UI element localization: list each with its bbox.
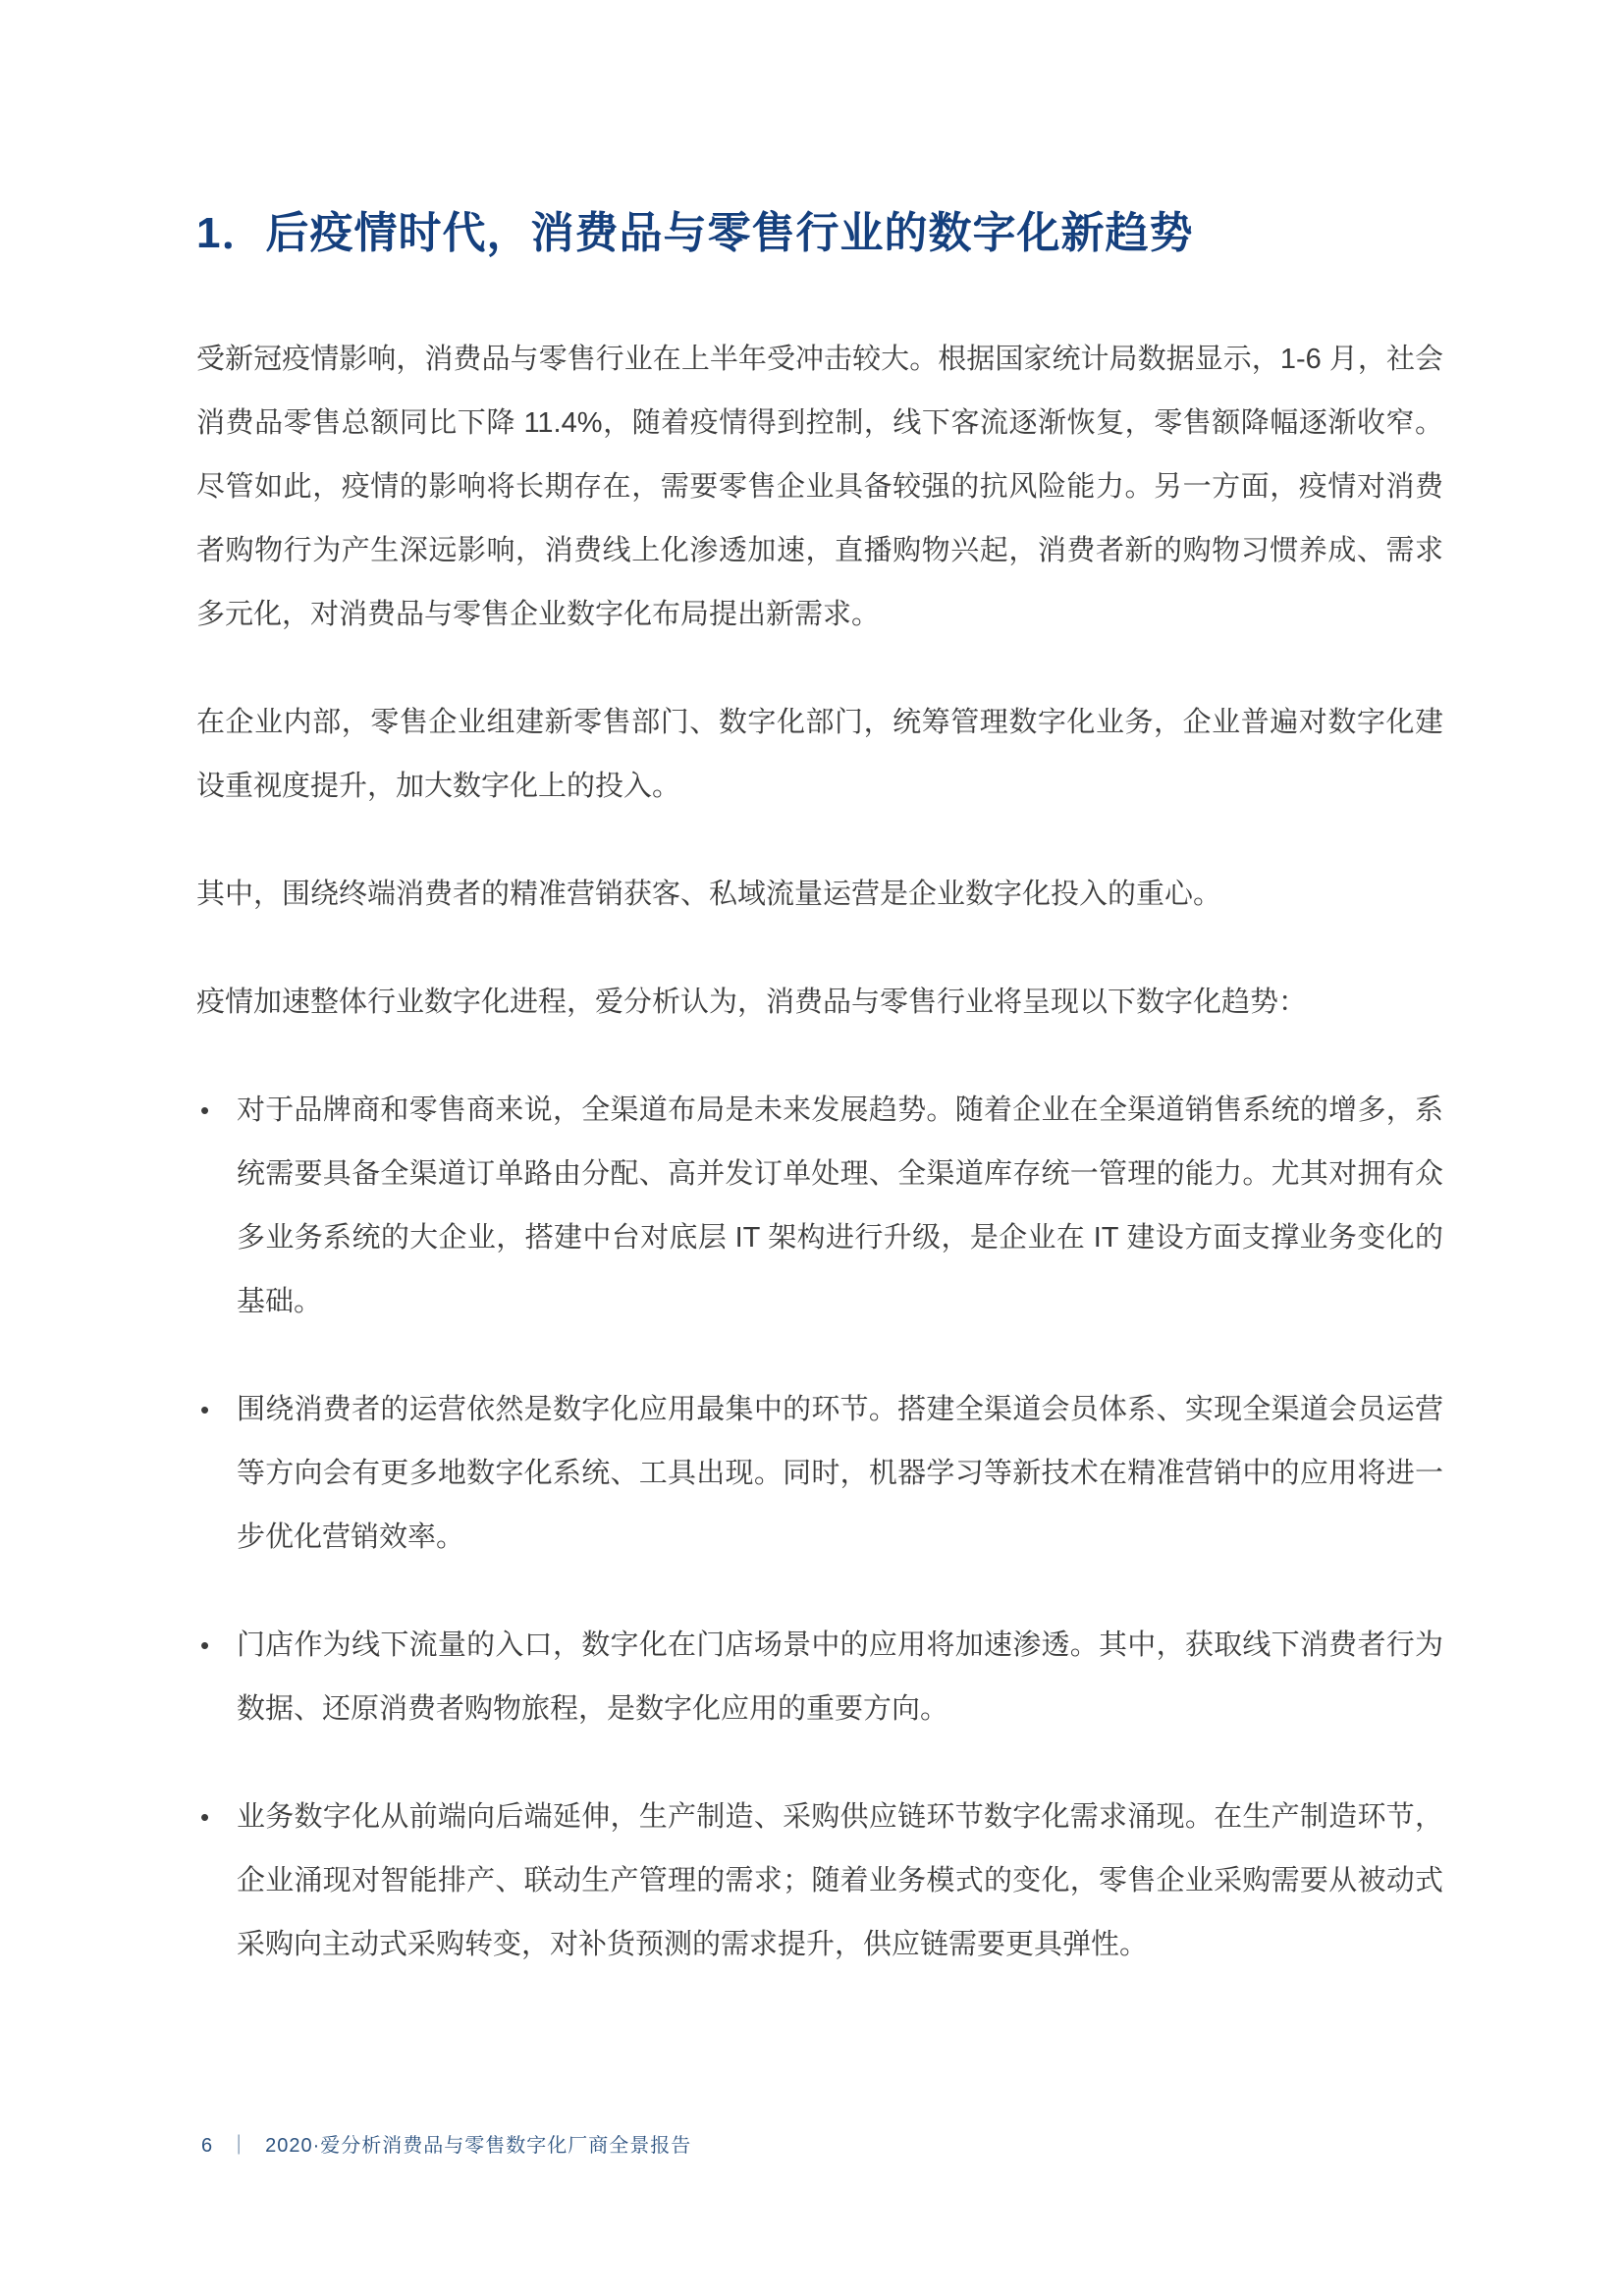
page-number: 6: [201, 2132, 213, 2160]
page-content: 1．后疫情时代，消费品与零售行业的数字化新趋势 受新冠疫情影响，消费品与零售行业…: [196, 206, 1443, 2021]
report-page: 1．后疫情时代，消费品与零售行业的数字化新趋势 受新冠疫情影响，消费品与零售行业…: [0, 0, 1623, 2296]
paragraph-marketing-focus: 其中，围绕终端消费者的精准营销获客、私域流量运营是企业数字化投入的重心。: [196, 863, 1443, 927]
list-item: • 围绕消费者的运营依然是数字化应用最集中的环节。搭建全渠道会员体系、实现全渠道…: [196, 1378, 1443, 1570]
bullet-dot-icon: •: [196, 1079, 237, 1334]
paragraph-trends-intro: 疫情加速整体行业数字化进程，爱分析认为，消费品与零售行业将呈现以下数字化趋势：: [196, 971, 1443, 1035]
bullet-text-omnichannel: 对于品牌商和零售商来说，全渠道布局是未来发展趋势。随着企业在全渠道销售系统的增多…: [237, 1079, 1443, 1334]
page-footer: 6 ｜ 2020·爱分析消费品与零售数字化厂商全景报告: [201, 2132, 691, 2160]
footer-divider: ｜: [229, 2132, 249, 2160]
bullet-text-backend-digitalization: 业务数字化从前端向后端延伸，生产制造、采购供应链环节数字化需求涌现。在生产制造环…: [237, 1786, 1443, 1977]
bullet-text-offline-store: 门店作为线下流量的入口，数字化在门店场景中的应用将加速渗透。其中，获取线下消费者…: [237, 1614, 1443, 1741]
bullet-dot-icon: •: [196, 1786, 237, 1977]
list-item: • 对于品牌商和零售商来说，全渠道布局是未来发展趋势。随着企业在全渠道销售系统的…: [196, 1079, 1443, 1334]
list-item: • 门店作为线下流量的入口，数字化在门店场景中的应用将加速渗透。其中，获取线下消…: [196, 1614, 1443, 1741]
paragraph-covid-impact: 受新冠疫情影响，消费品与零售行业在上半年受冲击较大。根据国家统计局数据显示，1-…: [196, 328, 1443, 647]
bullet-dot-icon: •: [196, 1614, 237, 1741]
page-title: 1．后疫情时代，消费品与零售行业的数字化新趋势: [196, 206, 1443, 261]
bullet-dot-icon: •: [196, 1378, 237, 1570]
trend-bullet-list: • 对于品牌商和零售商来说，全渠道布局是未来发展趋势。随着企业在全渠道销售系统的…: [196, 1079, 1443, 1977]
paragraph-enterprise-internal: 在企业内部，零售企业组建新零售部门、数字化部门，统筹管理数字化业务，企业普遍对数…: [196, 691, 1443, 819]
bullet-text-consumer-operation: 围绕消费者的运营依然是数字化应用最集中的环节。搭建全渠道会员体系、实现全渠道会员…: [237, 1378, 1443, 1570]
list-item: • 业务数字化从前端向后端延伸，生产制造、采购供应链环节数字化需求涌现。在生产制…: [196, 1786, 1443, 1977]
footer-report-title: 2020·爱分析消费品与零售数字化厂商全景报告: [265, 2132, 691, 2160]
